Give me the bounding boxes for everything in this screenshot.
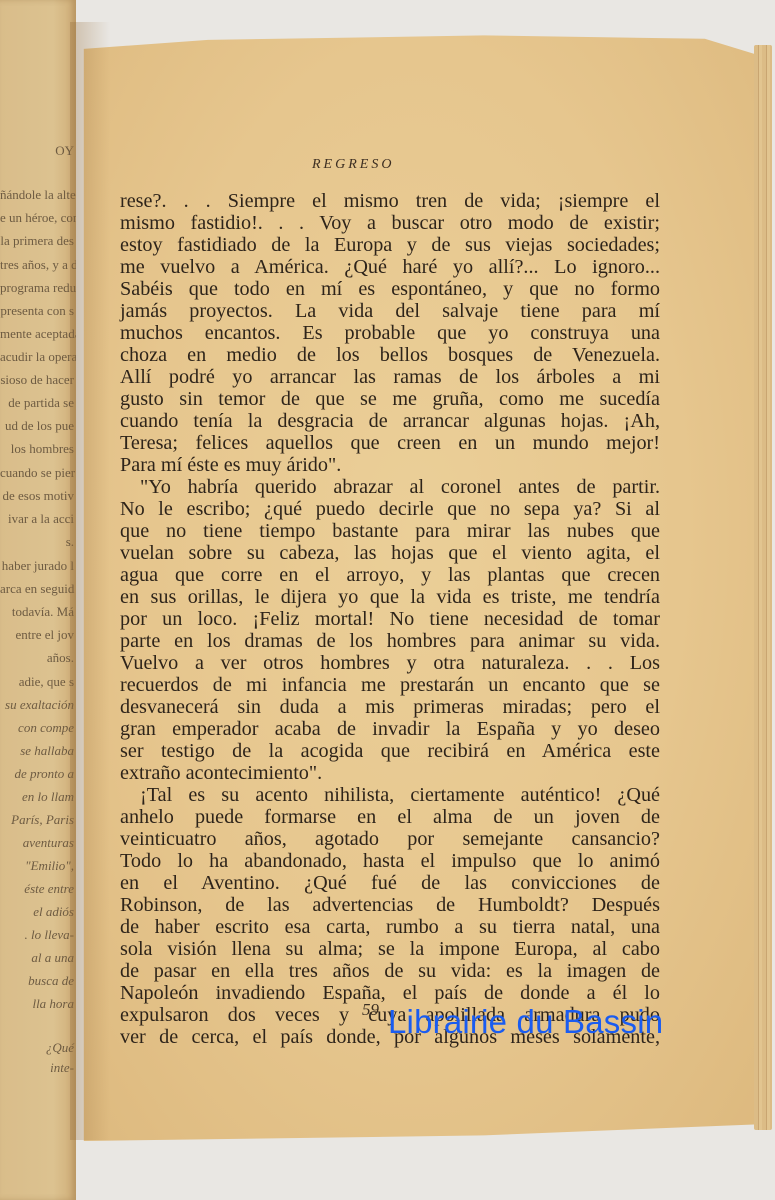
left-page-fragment: años. — [0, 650, 74, 666]
left-page-fragment: de esos motiv — [0, 488, 74, 504]
text-line: de pasar en ella tres años de su vida: e… — [120, 960, 660, 982]
text-line: cuando tenía la desgracia de arrancar al… — [120, 410, 660, 432]
left-page-fragment: con compe — [0, 720, 74, 736]
left-page-fragment: ¿Qué — [0, 1040, 74, 1056]
left-page-fragment: ud de los pue — [0, 418, 74, 434]
page-stack-edge — [754, 45, 772, 1130]
left-page-fragment: sioso de hacer — [0, 372, 74, 388]
text-line: que no tiene tiempo bastante para mirar … — [120, 520, 660, 542]
left-page-fragment: se hallaba — [0, 743, 74, 759]
left-page-fragment: tres años, y a d — [0, 257, 74, 273]
text-line: muchos encantos. Es probable que yo cons… — [120, 322, 660, 344]
left-page-fragment: presenta con s — [0, 303, 74, 319]
text-line: ¡Tal es su acento nihilista, ciertamente… — [120, 784, 660, 806]
text-line: Vuelvo a ver otros hombres y otra natura… — [120, 652, 660, 674]
left-page-fragment: ñándole la alteza — [0, 187, 74, 203]
text-line: Teresa; felices aquellos que creen en un… — [120, 432, 660, 454]
text-line: "Yo habría querido abrazar al coronel an… — [120, 476, 660, 498]
text-line: choza en medio de los bellos bosques de … — [120, 344, 660, 366]
left-page-fragment: París, Paris — [0, 812, 74, 828]
text-line: No le escribo; ¿qué puedo decirle que no… — [120, 498, 660, 520]
gutter-shadow — [70, 22, 110, 1140]
left-page-fragment: lla hora — [0, 996, 74, 1012]
left-page-fragment: arca en seguid — [0, 581, 74, 597]
left-page-fragment: aventuras — [0, 835, 74, 851]
text-line: veinticuatro años, agotado por semejante… — [120, 828, 660, 850]
left-page-fragment: entre el jov — [0, 627, 74, 643]
left-page-fragment: e un héroe, con — [0, 210, 74, 226]
text-line: rese?. . . Siempre el mismo tren de vida… — [120, 190, 660, 212]
left-page-fragment: los hombres — [0, 441, 74, 457]
text-line: en el Aventino. ¿Qué fué de las convicci… — [120, 872, 660, 894]
left-page-fragment: su exaltación — [0, 697, 74, 713]
left-page-fragment: OY — [0, 143, 74, 159]
left-page-fragment: haber jurado l — [0, 558, 74, 574]
text-line: recuerdos de mi infancia me prestarán un… — [120, 674, 660, 696]
page-number: 59 — [362, 1000, 379, 1020]
left-page-edge: OYñándole la altezae un héroe, conla pri… — [0, 0, 76, 1200]
text-line: estoy fastidiado de la Europa y de sus v… — [120, 234, 660, 256]
left-page-fragment: todavía. Má — [0, 604, 74, 620]
text-line: por un loco. ¡Feliz mortal! No tiene nec… — [120, 608, 660, 630]
left-page-fragment: la primera des — [0, 233, 74, 249]
left-page-fragment: . lo lleva- — [0, 927, 74, 943]
text-line: parte en los dramas de los hombres para … — [120, 630, 660, 652]
text-line: sola visión llena su alma; se la impone … — [120, 938, 660, 960]
left-page-fragment: "Emilio", — [0, 858, 74, 874]
text-line: Todo lo ha abandonado, hasta el impulso … — [120, 850, 660, 872]
text-line: desvanecerá sin duda a mis primeras mira… — [120, 696, 660, 718]
left-page-fragment: acudir la opera — [0, 349, 74, 365]
left-page-fragment: cuando se pier — [0, 465, 74, 481]
left-page-fragment: mente aceptada — [0, 326, 74, 342]
watermark-text: Librairie du Bassin — [388, 1003, 663, 1041]
text-line: Napoleón invadiendo España, el país de d… — [120, 982, 660, 1004]
running-head: REGRESO — [312, 157, 394, 173]
left-page-fragment: ivar a la acci — [0, 511, 74, 527]
left-page-fragment: el adiós — [0, 904, 74, 920]
text-line: gran emperador acaba de invadir la Españ… — [120, 718, 660, 740]
text-line: extraño acontecimiento". — [120, 762, 660, 784]
text-line: Sabéis que todo en mí es espontáneo, y q… — [120, 278, 660, 300]
body-text: rese?. . . Siempre el mismo tren de vida… — [120, 190, 660, 1048]
left-page-fragment: busca de — [0, 973, 74, 989]
text-line: en sus orillas, le dijera yo que la vida… — [120, 586, 660, 608]
text-line: ser testigo de la acogida que recibirá e… — [120, 740, 660, 762]
left-page-fragment: al a una — [0, 950, 74, 966]
text-line: Allí podré yo arrancar las ramas de los … — [120, 366, 660, 388]
text-line: jamás proyectos. La vida del salvaje tie… — [120, 300, 660, 322]
text-line: Para mí éste es muy árido". — [120, 454, 660, 476]
text-line: me vuelvo a América. ¿Qué haré yo allí?.… — [120, 256, 660, 278]
text-line: agua que corre en el arroyo, y las plant… — [120, 564, 660, 586]
left-page-fragment: de partida se — [0, 395, 74, 411]
text-line: Robinson, de las advertencias de Humbold… — [120, 894, 660, 916]
text-line: vuelan sobre su cabeza, las hojas que el… — [120, 542, 660, 564]
text-line: gusto sin temor de que se me gruña, como… — [120, 388, 660, 410]
text-line: de haber escrito esa carta, rumbo a su t… — [120, 916, 660, 938]
left-page-fragment: inte- — [0, 1060, 74, 1076]
left-page-fragment: éste entre — [0, 881, 74, 897]
left-page-fragment: en lo llam — [0, 789, 74, 805]
text-line: anhelo puede formarse en el alma de un j… — [120, 806, 660, 828]
left-page-fragment: de pronto a — [0, 766, 74, 782]
left-page-fragment: adie, que s — [0, 674, 74, 690]
text-line: mismo fastidio!. . . Voy a buscar otro m… — [120, 212, 660, 234]
left-page-fragment: s. — [0, 534, 74, 550]
left-page-fragment: programa reduc — [0, 280, 74, 296]
